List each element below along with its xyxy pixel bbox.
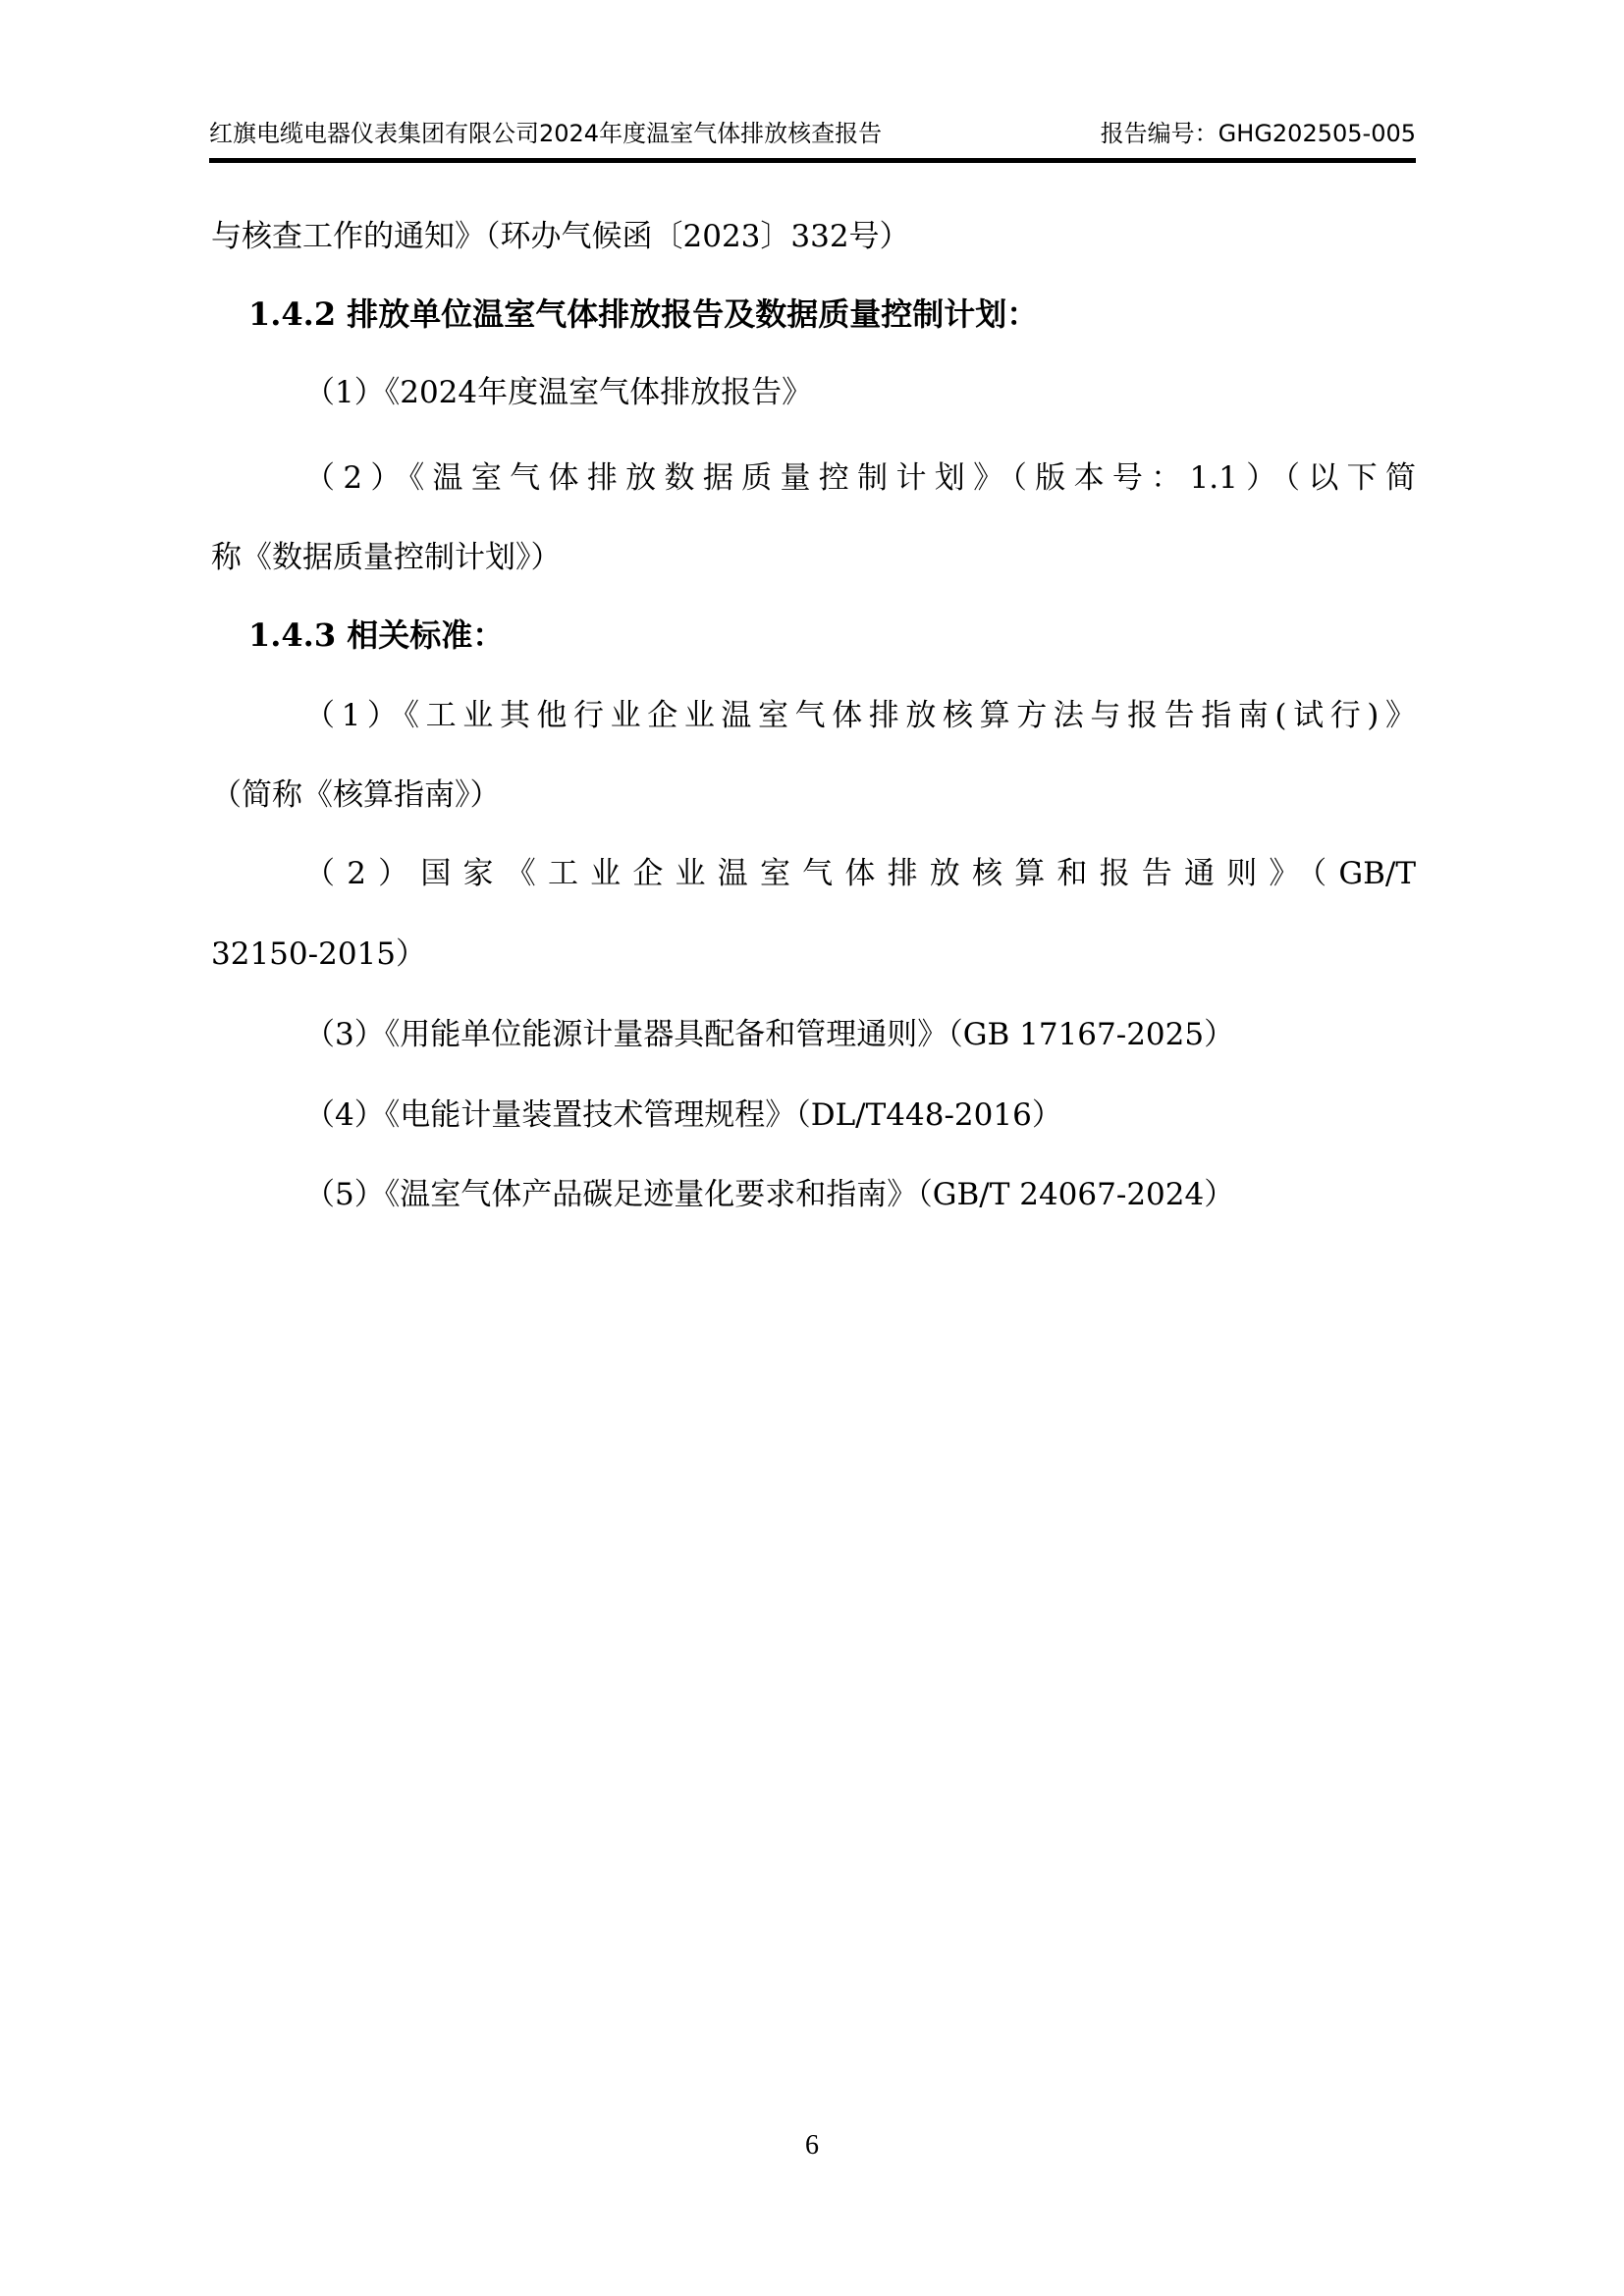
list-item-qc-plan: （2）《温室气体排放数据质量控制计划》（版本号：1.1）（以下简 <box>304 456 1416 500</box>
section-heading-1-4-2: 1.4.2 排放单位温室气体排放报告及数据质量控制计划： <box>248 293 1416 336</box>
standard-item-2-continuation: 32150-2015） <box>211 933 1416 976</box>
standard-item-3: （3）《用能单位能源计量器具配备和管理通则》（GB 17167-2025） <box>304 1013 1416 1056</box>
report-title: 红旗电缆电器仪表集团有限公司2024年度温室气体排放核查报告 <box>209 116 882 151</box>
paragraph-line-continuation: 与核查工作的通知》（环办气候函〔2023〕332号） <box>211 215 1416 258</box>
list-item-report: （1）《2024年度温室气体排放报告》 <box>304 371 1416 414</box>
standard-item-4: （4）《电能计量装置技术管理规程》（DL/T448-2016） <box>304 1094 1416 1137</box>
section-heading-1-4-3: 1.4.3 相关标准： <box>248 614 1416 657</box>
header-divider <box>209 158 1416 163</box>
list-item-qc-plan-continuation: 称《数据质量控制计划》） <box>211 536 1416 579</box>
standard-item-1-continuation: （简称《核算指南》） <box>211 774 1416 817</box>
standard-item-5: （5）《温室气体产品碳足迹量化要求和指南》（GB/T 24067-2024） <box>304 1173 1416 1216</box>
page-number: 6 <box>0 2126 1624 2165</box>
standard-item-1: （1）《工业其他行业企业温室气体排放核算方法与报告指南(试行)》 <box>304 694 1416 737</box>
report-number: 报告编号：GHG202505-005 <box>1101 116 1416 151</box>
standard-item-2: （2）国家《工业企业温室气体排放核算和报告通则》（GB/T <box>304 852 1416 895</box>
page-header: 红旗电缆电器仪表集团有限公司2024年度温室气体排放核查报告 报告编号：GHG2… <box>209 116 1416 151</box>
